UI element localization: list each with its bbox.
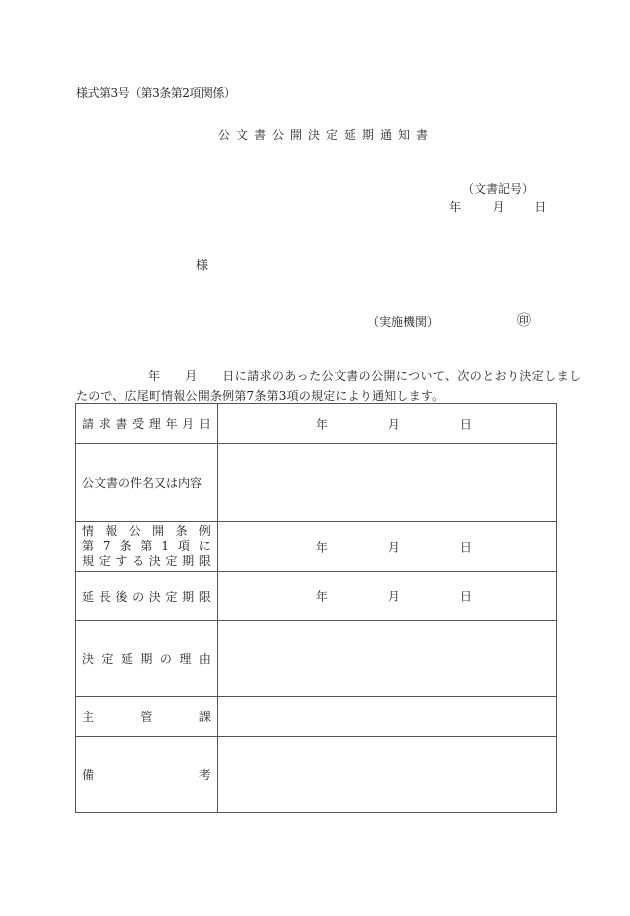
document-number-label: （文書記号） — [462, 180, 534, 197]
date-field[interactable]: 年月日 — [217, 522, 556, 572]
body-text-line-1: 年 月 日に請求のあった公文書の公開について、次のとおり決定しまし — [76, 367, 581, 384]
form-table: 請求書受理年月日年月日公文書の件名又は内容情報公開条例第7条第1項に規定する決定… — [75, 403, 557, 813]
body-text-line-2: たので、広尾町情報公開条例第7条第3項の規定により通知します。 — [76, 387, 444, 404]
text-field[interactable] — [217, 737, 556, 813]
seal-icon: ㊞ — [517, 310, 531, 330]
table-row: 備考 — [76, 737, 557, 813]
month-label: 月 — [493, 198, 505, 215]
table-row: 延長後の決定期限年月日 — [76, 572, 557, 621]
text-field[interactable] — [217, 621, 556, 697]
form-number: 様式第3号（第3条第2項関係） — [76, 84, 235, 101]
addressee-suffix: 様 — [196, 256, 208, 273]
text-field[interactable] — [217, 697, 556, 737]
date-field[interactable]: 年月日 — [217, 572, 556, 621]
row-label: 請求書受理年月日 — [76, 404, 218, 444]
document-title: 公文書公開決定延期通知書 — [218, 126, 434, 143]
body-text-1: 年 月 日に請求のあった公文書の公開について、次のとおり決定しまし — [148, 369, 581, 383]
table-row: 公文書の件名又は内容 — [76, 444, 557, 522]
date-field[interactable]: 年月日 — [217, 404, 556, 444]
row-label: 備考 — [76, 737, 218, 813]
day-label: 日 — [534, 198, 546, 215]
row-label: 延長後の決定期限 — [76, 572, 218, 621]
table-row: 主管課 — [76, 697, 557, 737]
table-row: 決定延期の理由 — [76, 621, 557, 697]
table-row: 請求書受理年月日年月日 — [76, 404, 557, 444]
issue-date: 年 月 日 — [449, 198, 546, 215]
text-field[interactable] — [217, 444, 556, 522]
table-row: 情報公開条例第7条第1項に規定する決定期限年月日 — [76, 522, 557, 572]
year-label: 年 — [449, 198, 461, 215]
agency-label: （実施機関） — [367, 313, 439, 330]
row-label: 主管課 — [76, 697, 218, 737]
row-label: 情報公開条例第7条第1項に規定する決定期限 — [76, 522, 218, 572]
row-label: 公文書の件名又は内容 — [76, 444, 218, 522]
row-label: 決定延期の理由 — [76, 621, 218, 697]
